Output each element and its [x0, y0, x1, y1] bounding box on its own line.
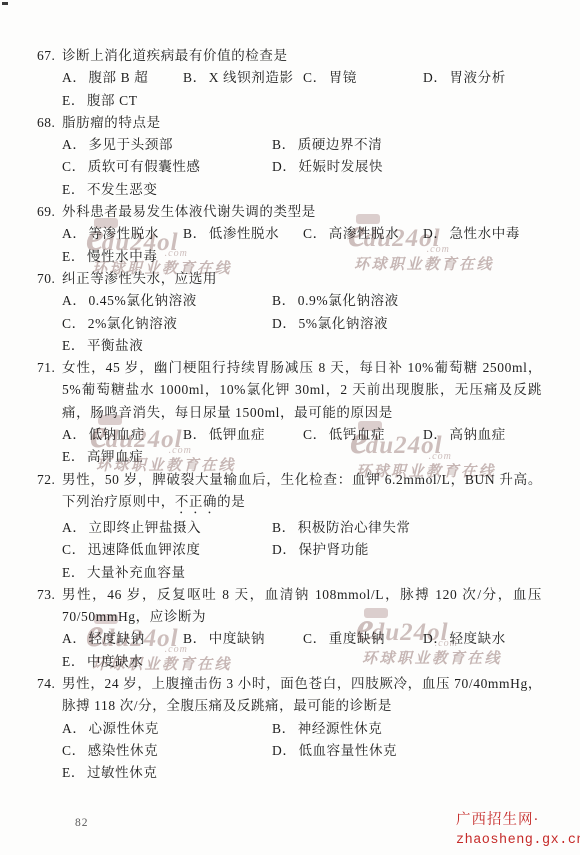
question-stem: 脂肪瘤的特点是 — [62, 112, 542, 134]
question-stem: 男性，46 岁，反复呕吐 8 天，血清钠 108mmol/L，脉搏 120 次/… — [62, 584, 542, 629]
option-text: 2%氯化钠溶液 — [88, 316, 178, 331]
option-text: 质硬边界不清 — [298, 137, 383, 152]
option-B: B．积极防治心律失常 — [272, 517, 542, 539]
option-label: E． — [62, 765, 85, 780]
option-label: D． — [272, 542, 296, 557]
scanned-exam-page: edu24ol.com 环球职业教育在线 edu24ol.com 环球职业教育在… — [0, 0, 580, 855]
option-text: 等渗性脱水 — [88, 226, 159, 241]
option-B: B．低渗性脱水 — [183, 223, 303, 245]
option-label: D． — [423, 70, 447, 85]
stem-part: 男性，50 岁，脾破裂大量输血后，生化检查：血钾 6.2mmol/L，BUN 升… — [62, 472, 542, 509]
option-text: 低钠血症 — [88, 427, 144, 442]
question-number: 71. — [37, 357, 61, 379]
option-D: D．低血容量性休克 — [272, 740, 542, 762]
option-label: D． — [272, 743, 296, 758]
option-row: E．中度缺水 — [62, 651, 542, 673]
question-stem: 纠正等渗性失水，应选用 — [62, 268, 542, 290]
option-row: A．多见于头颈部B．质硬边界不清 — [62, 134, 542, 156]
option-text: 腹部 B 超 — [88, 70, 148, 85]
option-C: C．迅速降低血钾浓度 — [62, 539, 272, 561]
option-label: B． — [272, 520, 296, 535]
option-label: C． — [62, 316, 86, 331]
question-number: 70. — [37, 268, 61, 290]
option-text: 低钾血症 — [209, 427, 265, 442]
option-label: A． — [62, 137, 86, 152]
site-url: zhaosheng.gx.cn — [456, 831, 580, 851]
option-label: B． — [272, 293, 296, 308]
stem-part: 的是 — [217, 494, 245, 509]
option-text: 重度缺钠 — [329, 631, 385, 646]
option-label: E． — [62, 93, 85, 108]
option-label: B． — [272, 137, 296, 152]
option-label: E． — [62, 654, 85, 669]
option-B: B．神经源性休克 — [272, 718, 542, 740]
question-body: 诊断上消化道疾病最有价值的检查是A．腹部 B 超B．X 线钡剂造影C．胃镜D．胃… — [62, 45, 542, 112]
option-A: A．轻度缺钠 — [62, 628, 183, 650]
option-label: C． — [303, 226, 327, 241]
option-row: C．迅速降低血钾浓度D．保护肾功能 — [62, 539, 542, 561]
question-stem: 外科患者最易发生体液代谢失调的类型是 — [62, 201, 542, 223]
option-label: A． — [62, 293, 86, 308]
option-label: C． — [303, 70, 327, 85]
question-stem: 男性，24 岁，上腹撞击伤 3 小时，面色苍白，四肢厥冷，血压 70/40mmH… — [62, 673, 542, 718]
question: 71.女性，45 岁，幽门梗阻行持续胃肠减压 8 天，每日补 10%葡萄糖 25… — [0, 357, 580, 468]
option-row: E．不发生恶变 — [62, 179, 542, 201]
question: 74.男性，24 岁，上腹撞击伤 3 小时，面色苍白，四肢厥冷，血压 70/40… — [0, 673, 580, 784]
option-C: C．质软可有假囊性感 — [62, 156, 272, 178]
option-label: C． — [62, 542, 86, 557]
option-text: 妊娠时发展快 — [298, 159, 383, 174]
question-number: 74. — [37, 673, 61, 695]
option-text: 质软可有假囊性感 — [88, 159, 201, 174]
option-A: A．立即终止钾盐摄入 — [62, 517, 272, 539]
question-number: 68. — [37, 112, 61, 134]
option-row: E．慢性水中毒 — [62, 246, 542, 268]
option-row: E．大量补充血容量 — [62, 562, 542, 584]
option-E: E．中度缺水 — [62, 651, 542, 673]
option-text: 保护肾功能 — [298, 542, 369, 557]
option-E: E．平衡盐液 — [62, 335, 542, 357]
option-text: 大量补充血容量 — [87, 565, 186, 580]
question-body: 脂肪瘤的特点是A．多见于头颈部B．质硬边界不清C．质软可有假囊性感D．妊娠时发展… — [62, 112, 542, 201]
option-D: D．轻度缺水 — [423, 628, 542, 650]
option-text: 高钠血症 — [449, 427, 505, 442]
option-C: C．重度缺钠 — [303, 628, 423, 650]
question-stem: 女性，45 岁，幽门梗阻行持续胃肠减压 8 天，每日补 10%葡萄糖 2500m… — [62, 357, 542, 424]
question-number: 73. — [37, 584, 61, 606]
option-label: D． — [423, 226, 447, 241]
option-row: E．平衡盐液 — [62, 335, 542, 357]
option-E: E．慢性水中毒 — [62, 246, 542, 268]
question: 69.外科患者最易发生体液代谢失调的类型是A．等渗性脱水B．低渗性脱水C．高渗性… — [0, 201, 580, 268]
option-text: 0.45%氯化钠溶液 — [88, 293, 196, 308]
option-A: A．多见于头颈部 — [62, 134, 272, 156]
question-number: 67. — [37, 45, 61, 67]
option-label: B． — [272, 721, 296, 736]
option-label: C． — [62, 743, 86, 758]
option-row: A．低钠血症B．低钾血症C．低钙血症D．高钠血症 — [62, 424, 542, 446]
option-label: D． — [272, 159, 296, 174]
option-label: E． — [62, 182, 85, 197]
question: 73.男性，46 岁，反复呕吐 8 天，血清钠 108mmol/L，脉搏 120… — [0, 584, 580, 673]
option-row: A．轻度缺钠B．中度缺钠C．重度缺钠D．轻度缺水 — [62, 628, 542, 650]
stem-emphasis: 不正确 — [175, 494, 217, 509]
option-text: 平衡盐液 — [87, 338, 143, 353]
option-label: A． — [62, 70, 86, 85]
option-row: C．感染性休克D．低血容量性休克 — [62, 740, 542, 762]
option-row: A．立即终止钾盐摄入B．积极防治心律失常 — [62, 517, 542, 539]
option-A: A．等渗性脱水 — [62, 223, 183, 245]
option-A: A．腹部 B 超 — [62, 67, 183, 89]
option-label: A． — [62, 721, 86, 736]
option-B: B．低钾血症 — [183, 424, 303, 446]
question-body: 男性，50 岁，脾破裂大量输血后，生化检查：血钾 6.2mmol/L，BUN 升… — [62, 469, 542, 584]
option-label: C． — [303, 427, 327, 442]
option-text: X 线钡剂造影 — [209, 70, 294, 85]
option-text: 过敏性休克 — [87, 765, 158, 780]
option-C: C．2%氯化钠溶液 — [62, 313, 272, 335]
option-text: 5%氯化钠溶液 — [298, 316, 388, 331]
option-label: E． — [62, 338, 85, 353]
question: 72.男性，50 岁，脾破裂大量输血后，生化检查：血钾 6.2mmol/L，BU… — [0, 469, 580, 584]
option-text: 腹部 CT — [87, 93, 138, 108]
option-E: E．腹部 CT — [62, 90, 542, 112]
option-D: D．胃液分析 — [423, 67, 542, 89]
option-text: 感染性休克 — [88, 743, 159, 758]
question-number: 69. — [37, 201, 61, 223]
question-list: 67.诊断上消化道疾病最有价值的检查是A．腹部 B 超B．X 线钡剂造影C．胃镜… — [0, 45, 580, 785]
option-row: C．2%氯化钠溶液D．5%氯化钠溶液 — [62, 313, 542, 335]
option-B: B．质硬边界不清 — [272, 134, 542, 156]
option-label: B． — [183, 427, 207, 442]
option-row: C．质软可有假囊性感D．妊娠时发展快 — [62, 156, 542, 178]
option-C: C．高渗性脱水 — [303, 223, 423, 245]
option-A: A．低钠血症 — [62, 424, 183, 446]
option-text: 轻度缺水 — [449, 631, 505, 646]
option-B: B．0.9%氯化钠溶液 — [272, 290, 542, 312]
option-text: 高钾血症 — [87, 449, 143, 464]
option-E: E．过敏性休克 — [62, 762, 542, 784]
option-C: C．胃镜 — [303, 67, 423, 89]
question: 70.纠正等渗性失水，应选用A．0.45%氯化钠溶液B．0.9%氯化钠溶液C．2… — [0, 268, 580, 357]
option-D: D．妊娠时发展快 — [272, 156, 542, 178]
option-label: E． — [62, 449, 85, 464]
option-label: B． — [183, 631, 207, 646]
option-label: C． — [62, 159, 86, 174]
option-text: 低血容量性休克 — [298, 743, 397, 758]
option-label: C． — [303, 631, 327, 646]
option-text: 0.9%氯化钠溶液 — [298, 293, 399, 308]
option-label: D． — [272, 316, 296, 331]
option-text: 立即终止钾盐摄入 — [88, 520, 201, 535]
site-name: 广西招生网· — [456, 810, 580, 831]
question-body: 男性，46 岁，反复呕吐 8 天，血清钠 108mmol/L，脉搏 120 次/… — [62, 584, 542, 673]
question-stem: 男性，50 岁，脾破裂大量输血后，生化检查：血钾 6.2mmol/L，BUN 升… — [62, 469, 542, 517]
option-text: 心源性休克 — [88, 721, 159, 736]
scan-artifact — [2, 2, 8, 5]
question-body: 女性，45 岁，幽门梗阻行持续胃肠减压 8 天，每日补 10%葡萄糖 2500m… — [62, 357, 542, 468]
option-row: E．高钾血症 — [62, 446, 542, 468]
option-label: A． — [62, 631, 86, 646]
option-row: A．腹部 B 超B．X 线钡剂造影C．胃镜D．胃液分析 — [62, 67, 542, 89]
question: 67.诊断上消化道疾病最有价值的检查是A．腹部 B 超B．X 线钡剂造影C．胃镜… — [0, 45, 580, 112]
option-text: 积极防治心律失常 — [298, 520, 411, 535]
option-text: 迅速降低血钾浓度 — [88, 542, 201, 557]
option-row: A．0.45%氯化钠溶液B．0.9%氯化钠溶液 — [62, 290, 542, 312]
option-label: D． — [423, 631, 447, 646]
option-text: 中度缺钠 — [209, 631, 265, 646]
question-body: 纠正等渗性失水，应选用A．0.45%氯化钠溶液B．0.9%氯化钠溶液C．2%氯化… — [62, 268, 542, 357]
question-number: 72. — [37, 469, 61, 491]
option-text: 慢性水中毒 — [87, 249, 158, 264]
question-stem: 诊断上消化道疾病最有价值的检查是 — [62, 45, 542, 67]
option-row: E．腹部 CT — [62, 90, 542, 112]
option-B: B．中度缺钠 — [183, 628, 303, 650]
option-label: E． — [62, 249, 85, 264]
option-C: C．低钙血症 — [303, 424, 423, 446]
option-C: C．感染性休克 — [62, 740, 272, 762]
option-E: E．不发生恶变 — [62, 179, 542, 201]
option-row: E．过敏性休克 — [62, 762, 542, 784]
option-label: B． — [183, 226, 207, 241]
question-body: 男性，24 岁，上腹撞击伤 3 小时，面色苍白，四肢厥冷，血压 70/40mmH… — [62, 673, 542, 784]
question: 68.脂肪瘤的特点是A．多见于头颈部B．质硬边界不清C．质软可有假囊性感D．妊娠… — [0, 112, 580, 201]
option-E: E．大量补充血容量 — [62, 562, 542, 584]
option-text: 中度缺水 — [87, 654, 143, 669]
option-A: A．0.45%氯化钠溶液 — [62, 290, 272, 312]
option-text: 胃液分析 — [449, 70, 505, 85]
option-D: D．高钠血症 — [423, 424, 542, 446]
option-row: A．等渗性脱水B．低渗性脱水C．高渗性脱水D．急性水中毒 — [62, 223, 542, 245]
option-label: D． — [423, 427, 447, 442]
option-text: 神经源性休克 — [298, 721, 383, 736]
option-text: 多见于头颈部 — [88, 137, 173, 152]
option-text: 轻度缺钠 — [88, 631, 144, 646]
option-text: 低钙血症 — [329, 427, 385, 442]
option-A: A．心源性休克 — [62, 718, 272, 740]
question-body: 外科患者最易发生体液代谢失调的类型是A．等渗性脱水B．低渗性脱水C．高渗性脱水D… — [62, 201, 542, 268]
option-label: A． — [62, 226, 86, 241]
option-text: 急性水中毒 — [449, 226, 520, 241]
option-label: A． — [62, 427, 86, 442]
option-E: E．高钾血症 — [62, 446, 542, 468]
option-text: 胃镜 — [329, 70, 357, 85]
option-label: A． — [62, 520, 86, 535]
option-row: A．心源性休克B．神经源性休克 — [62, 718, 542, 740]
option-D: D．5%氯化钠溶液 — [272, 313, 542, 335]
option-B: B．X 线钡剂造影 — [183, 67, 303, 89]
option-text: 高渗性脱水 — [329, 226, 400, 241]
option-text: 不发生恶变 — [87, 182, 158, 197]
option-D: D．急性水中毒 — [423, 223, 542, 245]
option-D: D．保护肾功能 — [272, 539, 542, 561]
option-label: B． — [183, 70, 207, 85]
option-text: 低渗性脱水 — [209, 226, 280, 241]
option-label: E． — [62, 565, 85, 580]
site-stamp: 广西招生网· zhaosheng.gx.cn — [456, 810, 580, 851]
page-number: 82 — [75, 817, 89, 829]
